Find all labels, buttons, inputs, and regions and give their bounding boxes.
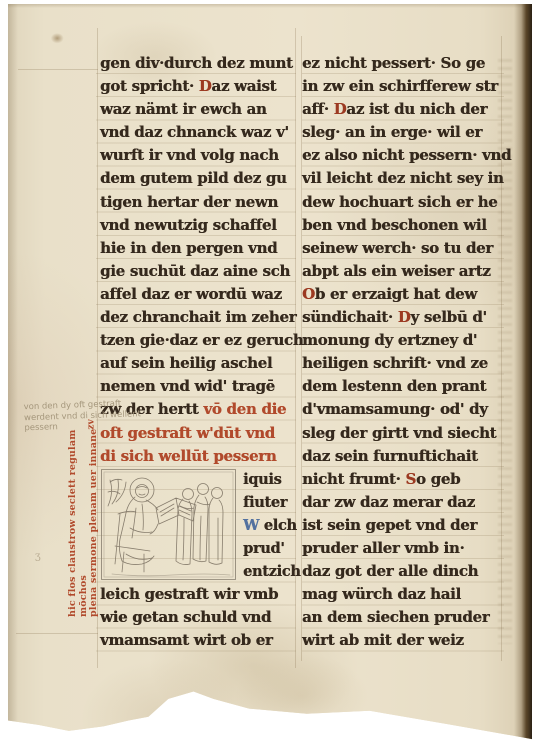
manuscript-photo: gen div·durch dez muntgot spricht· Daz w… (0, 0, 538, 750)
text-column-left: gen div·durch dez muntgot spricht· Daz w… (100, 52, 298, 652)
text-line: iquis (243, 468, 300, 491)
text-line: vnd newutzig schaffel (100, 214, 298, 237)
text-line: gie suchūt daz aine sch (100, 260, 298, 283)
text-line: sleg der girtt vnd siecht (302, 422, 504, 445)
text-line: seinew werch· so tu der (302, 237, 504, 260)
text-line: ez also nicht pessern· vnd (302, 144, 504, 167)
text-column-right: ez nicht pessert· So gein zw ein schirff… (302, 52, 504, 652)
text-line: ben vnd beschonen wil (302, 214, 504, 237)
book-lines (160, 504, 191, 516)
monk-1-head (183, 488, 194, 499)
page-left-edge (8, 4, 18, 748)
text-line: Ob er erzaigt hat dew (302, 283, 504, 306)
text-line: wurft ir vnd volg nach (100, 144, 298, 167)
ruling-horizontal-top (18, 69, 98, 70)
text-line: W elch (243, 514, 300, 537)
vertical-red-marginalia: hic flos claustrow seclett regulam mōcho… (68, 421, 100, 617)
text-line: daz sein furnuftichait (302, 445, 504, 468)
text-line: dew hochuart sich er he (302, 191, 504, 214)
text-line: in zw ein schirfferew str (302, 75, 504, 98)
text-line: dar zw daz merar daz (302, 491, 504, 514)
text-line: leich gestraft wir vmb (100, 583, 298, 606)
text-line: vil leicht dez nicht sey in (302, 167, 504, 190)
monk-2-head (198, 483, 209, 494)
text-line: entzich (243, 560, 300, 583)
text-line: vnd daz chnanck waz v' (100, 121, 298, 144)
text-line: aff· Daz ist du nich der (302, 98, 504, 121)
miniature-drawing (100, 468, 237, 581)
text-line: dez chranchait im zeher (100, 306, 298, 329)
book-edge-shadow (514, 4, 532, 748)
text-line: pruder aller vmb in· (302, 537, 504, 560)
text-line: d'vmamsamung· od' dy (302, 398, 504, 421)
text-line: gen div·durch dez munt (100, 52, 298, 75)
text-line: fiuter (243, 491, 300, 514)
ground-line (112, 574, 230, 576)
text-line: tzen gie·daz er ez geruch (100, 329, 298, 352)
text-line: an dem siechen pruder (302, 606, 504, 629)
text-line: heiligen schrift· vnd ze (302, 352, 504, 375)
text-line: ist sein gepet vnd der (302, 514, 504, 537)
vertical-red-line: hic flos claustrow seclett regulam mōcho… (68, 421, 89, 617)
text-line: sündichait· Dy selbū d' (302, 306, 504, 329)
text-line: daz got der alle dinch (302, 560, 504, 583)
parchment-page: gen div·durch dez muntgot spricht· Daz w… (8, 4, 532, 748)
vertical-red-line: plena sermone plenam uer innane (89, 421, 100, 617)
ruling-horizontal-bottom (16, 633, 98, 634)
text-line: dem gutem pild dez gu (100, 167, 298, 190)
text-line: abpt als ein weiser artz (302, 260, 504, 283)
text-line: mag würch daz hail (302, 583, 504, 606)
left-column-bottom: leich gestraft wir vmbwie getan schuld v… (100, 583, 298, 652)
text-line: vmamsamt wirt ob er (100, 629, 298, 652)
text-line: auf sein heilig aschel (100, 352, 298, 375)
text-line: prud' (243, 537, 300, 560)
text-line: di sich wellūt pessern (100, 445, 298, 468)
text-line: ez nicht pessert· So ge (302, 52, 504, 75)
text-line: nicht frumt· So geb (302, 468, 504, 491)
monks-drapery (180, 502, 218, 560)
text-line: wirt ab mit der weiz (302, 629, 504, 652)
pale-margin-mark: ʒ (35, 551, 41, 562)
text-line: sleg· an in erge· wil er (302, 121, 504, 144)
text-line: waz nämt ir ewch an (100, 98, 298, 121)
text-line: hie in den pergen vnd (100, 237, 298, 260)
miniature-row: iquisfiuterW elchprud'entzich (100, 468, 298, 583)
monk-3-robe (209, 498, 223, 564)
red-margin-mark: zv (88, 419, 97, 429)
text-line: dem lestenn den prant (302, 375, 504, 398)
miniature-frame (102, 469, 236, 579)
text-line: nemen vnd wid' tragē (100, 375, 298, 398)
text-line: monung dy ertzney d' (302, 329, 504, 352)
text-line: got spricht· Daz waist (100, 75, 298, 98)
tree-sketch (108, 479, 126, 506)
left-column-beside-miniature: iquisfiuterW elchprud'entzich (243, 468, 300, 583)
text-line: tigen hertar der newn (100, 191, 298, 214)
abbot-face (137, 486, 147, 495)
text-line: affel daz er wordū waz (100, 283, 298, 306)
text-line: wie getan schuld vnd (100, 606, 298, 629)
monk-3-head (212, 487, 223, 498)
page-top-edge (8, 4, 532, 8)
